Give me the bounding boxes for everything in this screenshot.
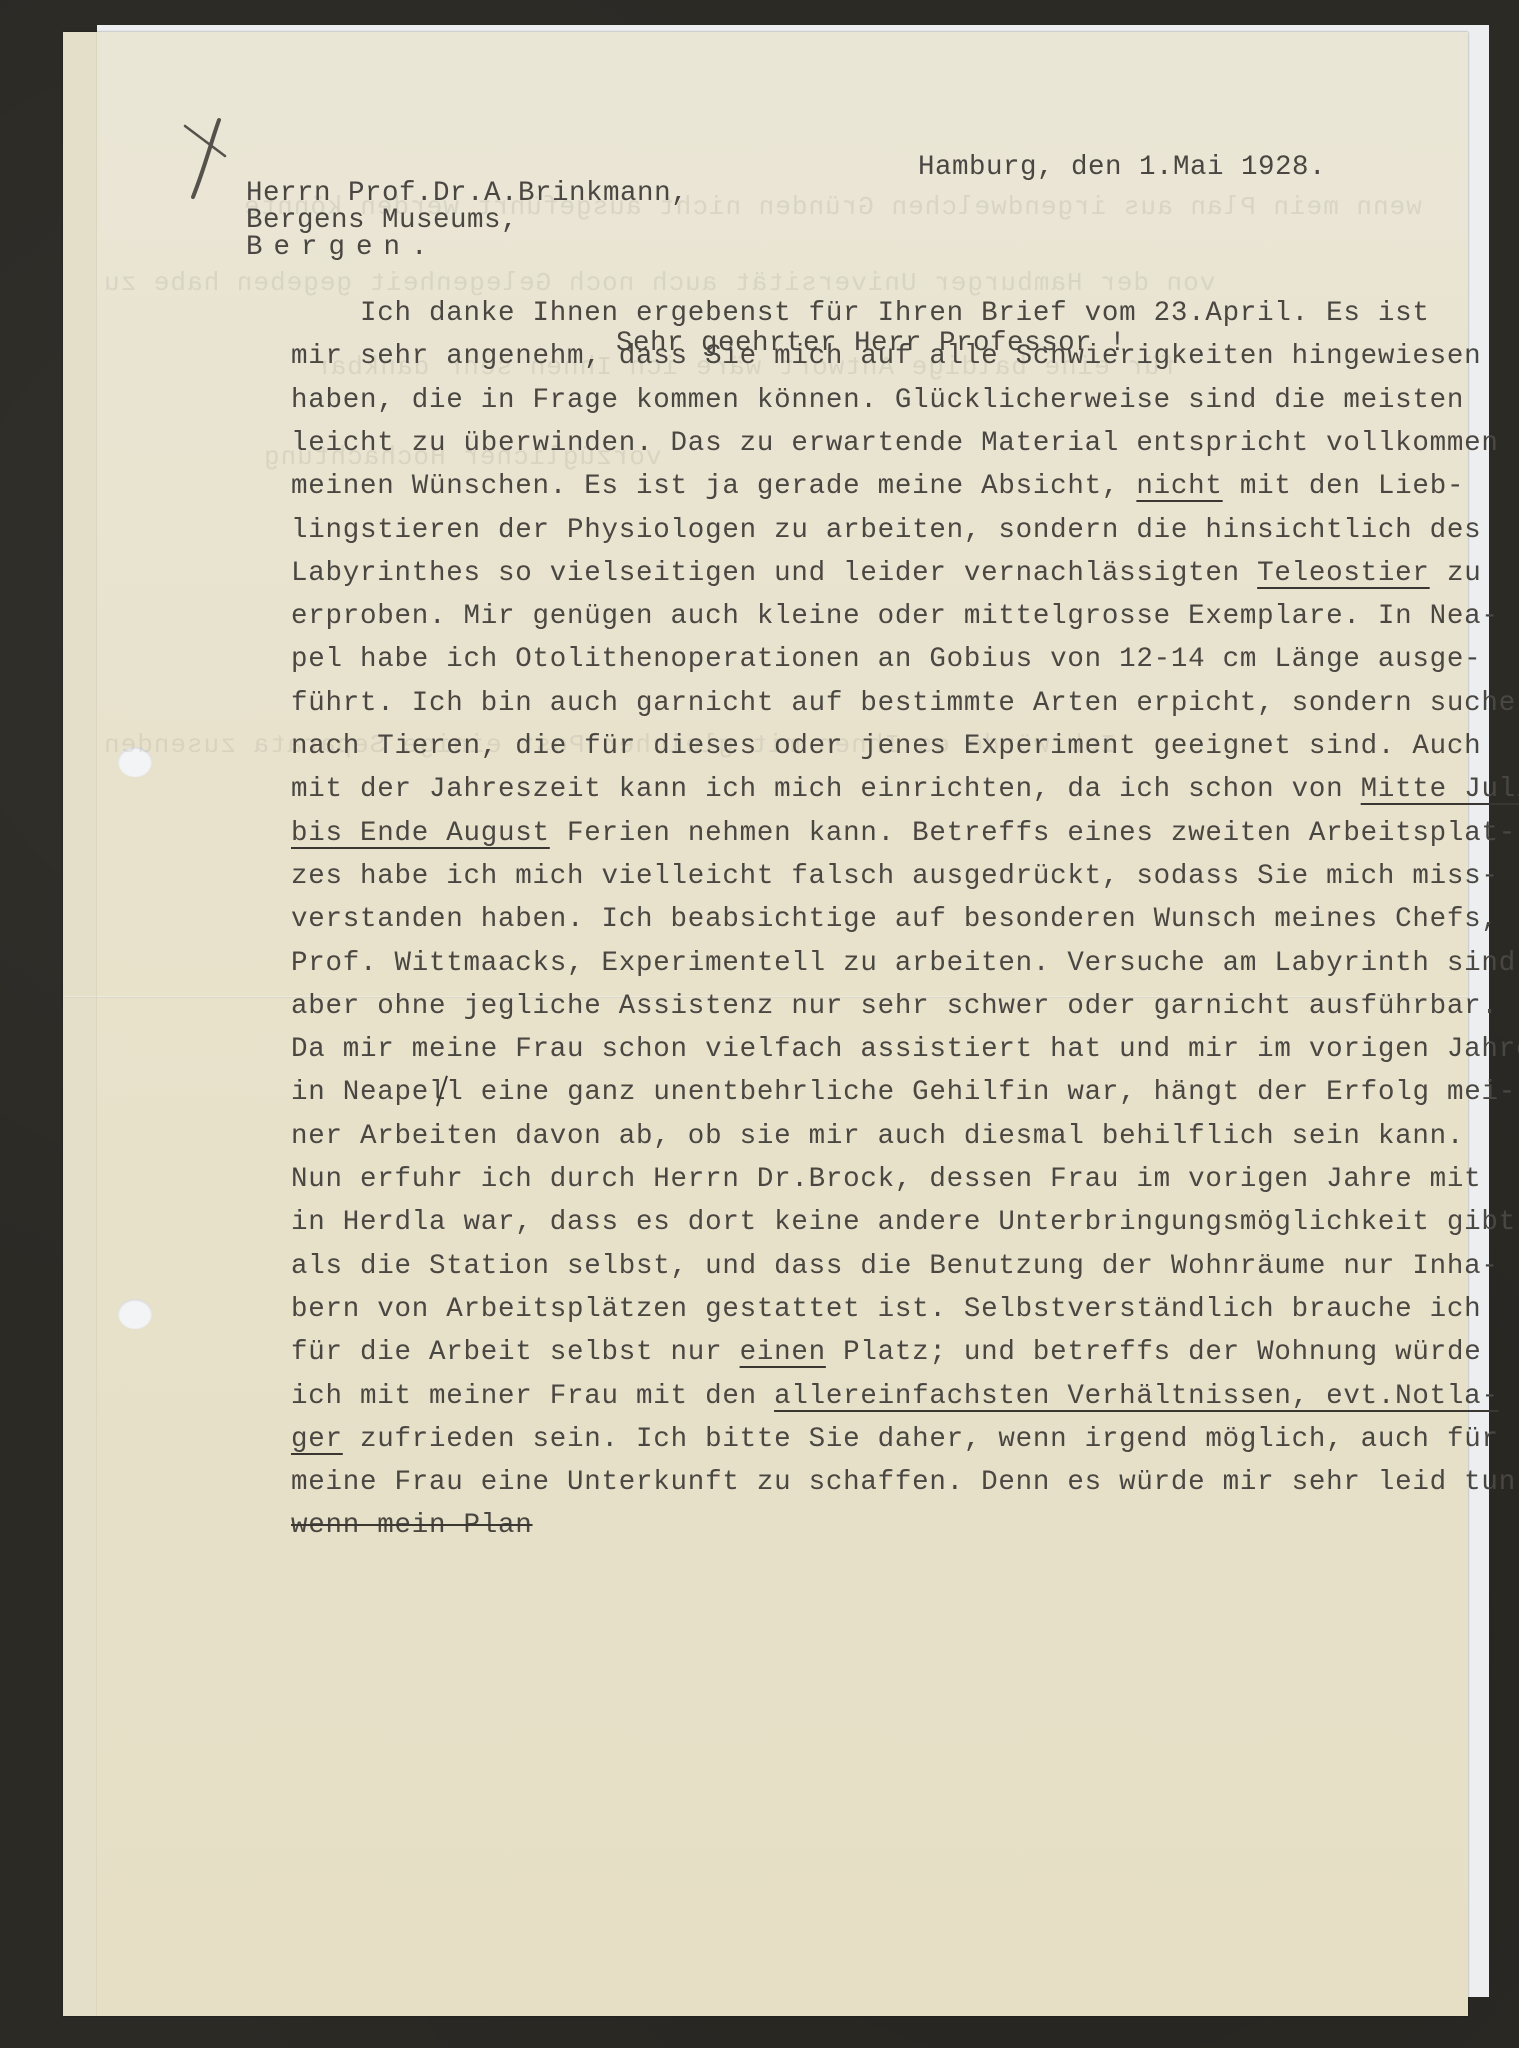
body-line: für die Arbeit selbst nur einen Platz; u… (291, 1339, 1481, 1367)
text-segment: erproben. Mir genügen auch kleine oder m… (291, 601, 1499, 632)
text-segment: bern von Arbeitsplätzen gestattet ist. S… (291, 1294, 1481, 1325)
text-segment: führt. Ich bin auch garnicht auf bestimm… (291, 688, 1516, 719)
text-segment: Prof. Wittmaacks, Experimentell zu arbei… (291, 948, 1516, 979)
body-line: leicht zu überwinden. Das zu erwartende … (291, 430, 1499, 458)
body-line: mit der Jahreszeit kann ich mich einrich… (291, 776, 1519, 804)
body-line: wenn mein Plan (291, 1512, 533, 1540)
body-line: in Neapell eine ganz unentbehrliche Gehi… (291, 1079, 1516, 1107)
recipient-name: Herrn Prof.Dr.A.Brinkmann, (246, 180, 688, 208)
underlined-text: allereinfachsten Verhältnissen, evt.Notl… (774, 1381, 1499, 1412)
struck-through-text: wenn mein Plan (291, 1510, 533, 1541)
text-segment: Platz; und betreffs der Wohnung würde (826, 1337, 1482, 1368)
body-line: führt. Ich bin auch garnicht auf bestimm… (291, 690, 1516, 718)
text-segment: ich mit meiner Frau mit den (291, 1381, 774, 1412)
page-left-margin-strip (63, 32, 97, 2016)
bleed-through-texture: von der Hamburger Universität auch noch … (103, 268, 1215, 298)
text-segment: verstanden haben. Ich beabsichtige auf b… (291, 904, 1499, 935)
underlined-text: einen (740, 1337, 826, 1368)
text-segment: mit der Jahreszeit kann ich mich einrich… (291, 774, 1361, 805)
text-segment: Labyrinthes so vielseitigen und leider v… (291, 558, 1257, 589)
text-segment: haben, die in Frage kommen können. Glück… (291, 385, 1464, 416)
text-segment: Ich danke Ihnen ergebenst für Ihren Brie… (291, 298, 1430, 329)
text-segment: meinen Wünschen. Es ist ja gerade meine … (291, 471, 1136, 502)
underlined-text: ger (291, 1424, 343, 1455)
text-segment: mir sehr angenehm, dass Sie mich auf all… (291, 341, 1481, 372)
text-segment: Ferien nehmen kann. Betreffs eines zweit… (550, 818, 1516, 849)
body-line: erproben. Mir genügen auch kleine oder m… (291, 603, 1499, 631)
letter-page: wenn mein Plan aus irgendwelchen Gründen… (63, 32, 1468, 2016)
body-line: Ich danke Ihnen ergebenst für Ihren Brie… (291, 300, 1430, 328)
punch-hole-icon (118, 1299, 152, 1329)
text-segment: nach Tieren, die für dieses oder jenes E… (291, 731, 1481, 762)
recipient-institution: Bergens Museums, (246, 207, 518, 235)
text-segment: zu (1430, 558, 1482, 589)
text-segment: eine ganz unentbehrliche Gehilfin war, h… (464, 1077, 1516, 1108)
body-line: bern von Arbeitsplätzen gestattet ist. S… (291, 1296, 1481, 1324)
body-line: als die Station selbst, und dass die Ben… (291, 1253, 1499, 1281)
text-segment: mit den Lieb- (1223, 471, 1465, 502)
underlined-text: nicht (1136, 471, 1222, 502)
text-segment: aber ohne jegliche Assistenz nur sehr sc… (291, 991, 1499, 1022)
place-and-date: Hamburg, den 1.Mai 1928. (918, 154, 1326, 182)
body-line: ger zufrieden sein. Ich bitte Sie daher,… (291, 1426, 1499, 1454)
body-line: pel habe ich Otolithenoperationen an Gob… (291, 646, 1481, 674)
text-segment: Da mir meine Frau schon vielfach assisti… (291, 1034, 1519, 1065)
underlined-text: Mitte Juli (1361, 774, 1519, 805)
body-line: in Herdla war, dass es dort keine andere… (291, 1209, 1519, 1237)
underlined-text: bis Ende August (291, 818, 550, 849)
text-segment: Nun erfuhr ich durch Herrn Dr.Brock, des… (291, 1164, 1481, 1195)
body-line: haben, die in Frage kommen können. Glück… (291, 387, 1464, 415)
text-segment: in Neape (291, 1077, 429, 1108)
body-line: zes habe ich mich vielleicht falsch ausg… (291, 863, 1499, 891)
body-line: aber ohne jegliche Assistenz nur sehr sc… (291, 993, 1499, 1021)
body-line: Prof. Wittmaacks, Experimentell zu arbei… (291, 950, 1516, 978)
pencil-x-mark-icon (181, 112, 231, 202)
body-line: meinen Wünschen. Es ist ja gerade meine … (291, 473, 1464, 501)
underlined-text: Teleostier (1257, 558, 1430, 589)
text-segment: lingstieren der Physiologen zu arbeiten,… (291, 515, 1481, 546)
body-line: bis Ende August Ferien nehmen kann. Betr… (291, 820, 1516, 848)
text-segment: ner Arbeiten davon ab, ob sie mir auch d… (291, 1121, 1464, 1152)
text-segment: in Herdla war, dass es dort keine andere… (291, 1207, 1519, 1238)
body-line: Nun erfuhr ich durch Herrn Dr.Brock, des… (291, 1166, 1481, 1194)
text-segment: als die Station selbst, und dass die Ben… (291, 1251, 1499, 1282)
body-line: Labyrinthes so vielseitigen und leider v… (291, 560, 1481, 588)
body-line: nach Tieren, die für dieses oder jenes E… (291, 733, 1481, 761)
body-line: lingstieren der Physiologen zu arbeiten,… (291, 517, 1481, 545)
body-line: ich mit meiner Frau mit den allereinfach… (291, 1383, 1499, 1411)
text-segment: zufrieden sein. Ich bitte Sie daher, wen… (343, 1424, 1499, 1455)
body-line: verstanden haben. Ich beabsichtige auf b… (291, 906, 1499, 934)
text-segment: leicht zu überwinden. Das zu erwartende … (291, 428, 1499, 459)
body-line: Da mir meine Frau schon vielfach assisti… (291, 1036, 1519, 1064)
typo-correction-mark: ll (429, 1079, 464, 1107)
body-line: ner Arbeiten davon ab, ob sie mir auch d… (291, 1123, 1464, 1151)
recipient-city: Bergen. (246, 234, 439, 262)
text-segment: pel habe ich Otolithenoperationen an Gob… (291, 644, 1481, 675)
body-line: mir sehr angenehm, dass Sie mich auf all… (291, 343, 1481, 371)
body-line: meine Frau eine Unterkunft zu schaffen. … (291, 1469, 1519, 1497)
text-segment: für die Arbeit selbst nur (291, 1337, 740, 1368)
text-segment: meine Frau eine Unterkunft zu schaffen. … (291, 1467, 1519, 1498)
text-segment: zes habe ich mich vielleicht falsch ausg… (291, 861, 1499, 892)
